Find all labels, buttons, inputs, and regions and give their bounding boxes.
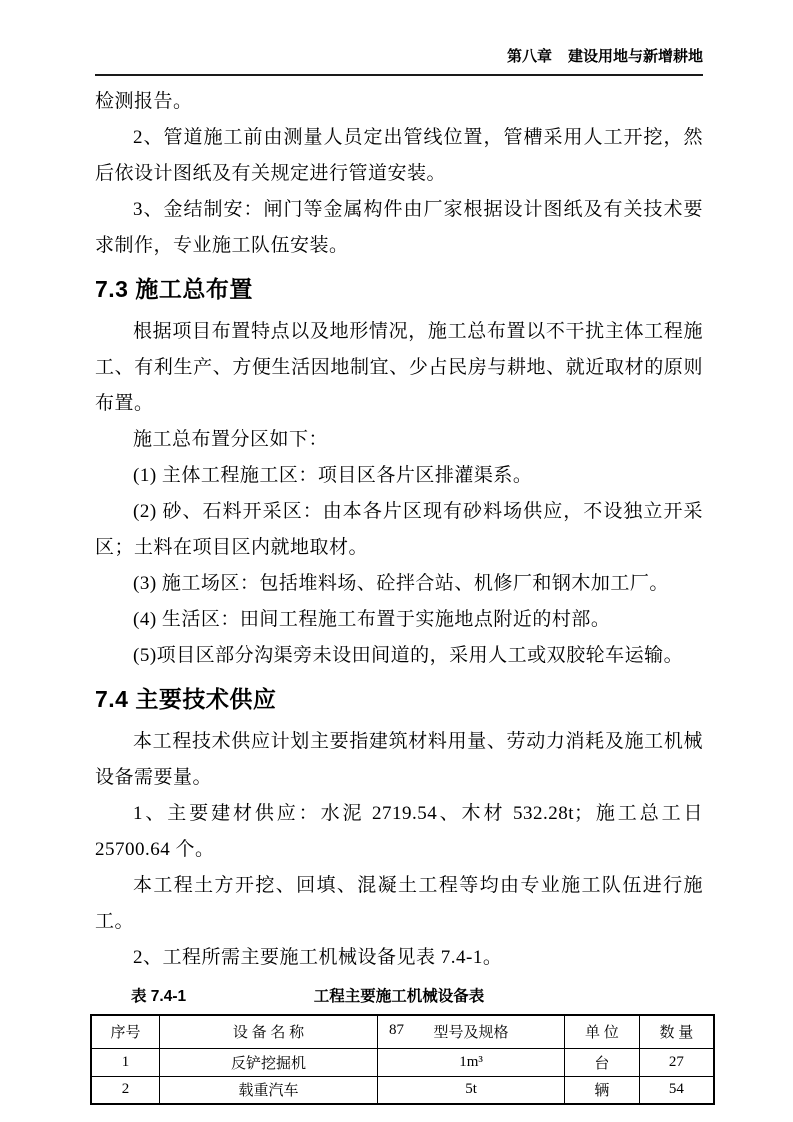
list-item: (2) 砂、石料开采区：由本各片区现有砂料场供应，不设独立开采区；土料在项目区内…	[95, 494, 703, 566]
table-cell: 反铲挖掘机	[160, 1048, 378, 1076]
chapter-label: 第八章	[507, 48, 552, 65]
document-page: 第八章建设用地与新增耕地 检测报告。 2、管道施工前由测量人员定出管线位置，管槽…	[0, 0, 793, 1122]
table-label: 表 7.4-1	[131, 984, 186, 1010]
list-item: (1) 主体工程施工区：项目区各片区排灌渠系。	[95, 458, 703, 494]
paragraph: 3、金结制安：闸门等金属构件由厂家根据设计图纸及有关技术要求制作，专业施工队伍安…	[95, 192, 703, 264]
page-number: 87	[0, 1022, 793, 1039]
page-content: 第八章建设用地与新增耕地 检测报告。 2、管道施工前由测量人员定出管线位置，管槽…	[95, 46, 703, 1105]
table-title: 工程主要施工机械设备表	[95, 984, 703, 1010]
list-item: (3) 施工场区：包括堆料场、砼拌合站、机修厂和钢木加工厂。	[95, 566, 703, 602]
table-row: 1 反铲挖掘机 1m³ 台 27	[91, 1048, 714, 1076]
paragraph: 2、管道施工前由测量人员定出管线位置，管槽采用人工开挖，然后依设计图纸及有关规定…	[95, 120, 703, 192]
table-cell: 辆	[564, 1076, 639, 1104]
table-row: 2 载重汽车 5t 辆 54	[91, 1076, 714, 1104]
paragraph: 本工程土方开挖、回填、混凝土工程等均由专业施工队伍进行施工。	[95, 868, 703, 940]
table-cell: 5t	[378, 1076, 565, 1104]
table-cell: 台	[564, 1048, 639, 1076]
table-cell: 载重汽车	[160, 1076, 378, 1104]
table-cell: 1	[91, 1048, 160, 1076]
table-cell: 27	[639, 1048, 714, 1076]
list-item: (4) 生活区：田间工程施工布置于实施地点附近的村部。	[95, 602, 703, 638]
list-item: (5)项目区部分沟渠旁未设田间道的，采用人工或双胶轮车运输。	[95, 638, 703, 674]
section-heading-7-4: 7.4 主要技术供应	[95, 680, 703, 718]
paragraph: 检测报告。	[95, 84, 703, 120]
paragraph: 根据项目布置特点以及地形情况，施工总布置以不干扰主体工程施工、有利生产、方便生活…	[95, 314, 703, 422]
section-heading-7-3: 7.3 施工总布置	[95, 270, 703, 308]
paragraph: 施工总布置分区如下：	[95, 422, 703, 458]
running-header: 第八章建设用地与新增耕地	[95, 46, 703, 76]
paragraph: 本工程技术供应计划主要指建筑材料用量、劳动力消耗及施工机械设备需要量。	[95, 724, 703, 796]
paragraph: 2、工程所需主要施工机械设备见表 7.4-1。	[95, 940, 703, 976]
table-cell: 2	[91, 1076, 160, 1104]
paragraph: 1、主要建材供应：水泥 2719.54、木材 532.28t；施工总工日 257…	[95, 796, 703, 868]
body-text: 检测报告。 2、管道施工前由测量人员定出管线位置，管槽采用人工开挖，然后依设计图…	[95, 84, 703, 1105]
table-cell: 54	[639, 1076, 714, 1104]
table-cell: 1m³	[378, 1048, 565, 1076]
chapter-title: 建设用地与新增耕地	[568, 48, 703, 65]
table-caption: 表 7.4-1 工程主要施工机械设备表	[95, 984, 703, 1010]
